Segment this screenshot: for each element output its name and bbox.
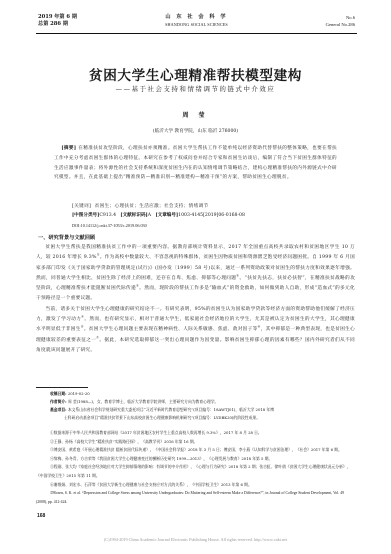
- fund-info: 基金项目: 本文系山东省社会科学规划研究重大委托项目“习近平新时代教育思想研究”…: [50, 406, 355, 414]
- section-heading: 一、研究背景与文献回顾: [38, 234, 95, 242]
- footnote-divider: [36, 387, 88, 388]
- fund-info-continued: 士科研启动基金项目“精准扶贫背景下山东高校贫困生心理健康影响机制研究”(项目编号…: [50, 414, 355, 422]
- author-affiliation: (临沂大学 教育学院，山东 临沂 276000): [0, 128, 391, 134]
- doc-code-value: A: [148, 213, 151, 218]
- reference-item: ①数据来源于中华人民共和国教育部网站《2017 年贫困地区农村学生上重点高校人数…: [36, 429, 355, 438]
- author-bio-label: 作者简介:: [50, 399, 67, 404]
- doi: DOI:10.14112/j.cnki.37-1053/c.2019.06.03…: [72, 221, 351, 230]
- doc-code-label: [文献标识码]: [120, 213, 147, 218]
- general-no-en: General No.286: [326, 21, 355, 28]
- body-text: 贫困大学生帮扶是我国精准扶贫工作中的一项重要内容。据教育部统计资料显示，2017…: [36, 243, 355, 356]
- reference-item: ⑥谢维娟、刘宏水、石萍等《贫困大学新生心理健康与社会支持应对方式的关系》，《中国…: [36, 481, 355, 490]
- article-notes: 收稿日期: 2019-02-20 作者简介: 周 莹(1988—)，女，教育学博…: [50, 390, 355, 422]
- fund-line-1: 本文系山东省社会科学规划研究重大委托项目“习近平新时代教育思想研究”(项目编号：…: [68, 407, 274, 412]
- journal-name-cn: 山 东 社 会 科 学: [38, 14, 355, 21]
- fund-line-2: 士科研启动基金项目“精准扶贫背景下山东高校贫困生心理健康影响机制研究”(项目编号…: [64, 415, 260, 420]
- clc-label: [中图分类号]: [72, 213, 99, 218]
- journal-name: 山 东 社 会 科 学 SHANDONG SOCIAL SCIENCES: [38, 14, 355, 28]
- article-no-value: 1003-4145[2019]06-0168-08: [178, 213, 245, 218]
- running-header: 2019 年第 6 期 总第 286 期 山 东 社 会 科 学 SHANDON…: [38, 14, 355, 40]
- journal-page: 2019 年第 6 期 总第 286 期 山 东 社 会 科 学 SHANDON…: [0, 0, 391, 554]
- clc-value: C913.4: [99, 213, 116, 218]
- reference-item: ②王静、孙杨《高校大学生“精准扶贫”实践路径探》，《高教学刊》2016 年第 1…: [36, 438, 355, 447]
- reference-item: ⑤程刚、张大均《家庭社会经济地位对大学生抑郁情绪的影响：有调节的中介作用》，《心…: [36, 463, 355, 480]
- received-value: 2019-02-20: [68, 391, 90, 396]
- received-date: 收稿日期: 2019-02-20: [50, 390, 355, 398]
- author-bio-value: 周 莹(1988—)，女，教育学博士，临沂大学教育学院讲师，主要研究方向为教育心…: [68, 399, 219, 404]
- article-subtitle: ——基于社会支持和情绪调节的链式中介效应: [0, 84, 391, 93]
- keywords: [关键词] 贫困生；心理扶贫；生活应激；社会支持；情绪调节: [72, 202, 337, 211]
- fund-label: 基金项目:: [50, 407, 67, 412]
- page-number: 168: [37, 513, 45, 519]
- keywords-label: [关键词]: [72, 204, 91, 209]
- copyright-notice: (C)1994-2019 China Academic Journal Elec…: [0, 537, 391, 542]
- issue-no-en: No.6: [326, 14, 355, 21]
- article-no-label: [文章编号]: [155, 213, 178, 218]
- reference-item: ④黎梅、孙冬青、方吉荣等《我国贫困大学生心理健康变迁的横断历史研究 1999—2…: [36, 455, 355, 464]
- article-title: 贫困大学生心理精准帮扶模型建构: [0, 64, 391, 84]
- paragraph: 当前，诸多关于贫困大学生心理健康的研究结论不一。有研究表明，95%的贫困生认为国…: [36, 305, 355, 356]
- abstract-label: [摘要]: [61, 146, 76, 151]
- reference-list: ①数据来源于中华人民共和国教育部网站《2017 年贫困地区农村学生上重点高校人数…: [36, 429, 355, 506]
- paragraph: 贫困大学生帮扶是我国精准扶贫工作中的一项重要内容。据教育部统计资料显示，2017…: [36, 243, 355, 305]
- article-author: 周 莹: [0, 110, 391, 119]
- text-run: 。贫困大学生心理问题主要表现在精神病性、人际关系敏感、焦虑、敌对因子等: [84, 327, 258, 332]
- classification-line: [中图分类号]C913.4 [文献标识码]A [文章编号]1003-4145[2…: [72, 211, 351, 220]
- issue-info-en: No.6 General No.286: [326, 14, 355, 28]
- journal-name-en: SHANDONG SOCIAL SCIENCES: [38, 21, 355, 28]
- author-bio: 作者简介: 周 莹(1988—)，女，教育学博士，临沂大学教育学院讲师，主要研究…: [50, 398, 355, 406]
- abstract-text: 在精准扶贫攻坚阶段，心理扶贫亦须精准。贫困大学生帮扶工作不能单纯以经济资助代替帮…: [54, 146, 337, 180]
- abstract: [摘要] 在精准扶贫攻坚阶段，心理扶贫亦须精准。贫困大学生帮扶工作不能单纯以经济…: [54, 144, 337, 183]
- reference-item: ③傅安国、黄希庭《开展心理精准扶贫 阻断贫困代际传递》，《中国社会科学报》201…: [36, 446, 355, 455]
- reference-item: ⑦Rosen, S. K. et al. “Depression and Col…: [36, 489, 355, 506]
- received-label: 收稿日期:: [50, 391, 67, 396]
- keywords-text: 贫困生；心理扶贫；生活应激；社会支持；情绪调节: [95, 204, 209, 209]
- header-rule: [36, 33, 357, 34]
